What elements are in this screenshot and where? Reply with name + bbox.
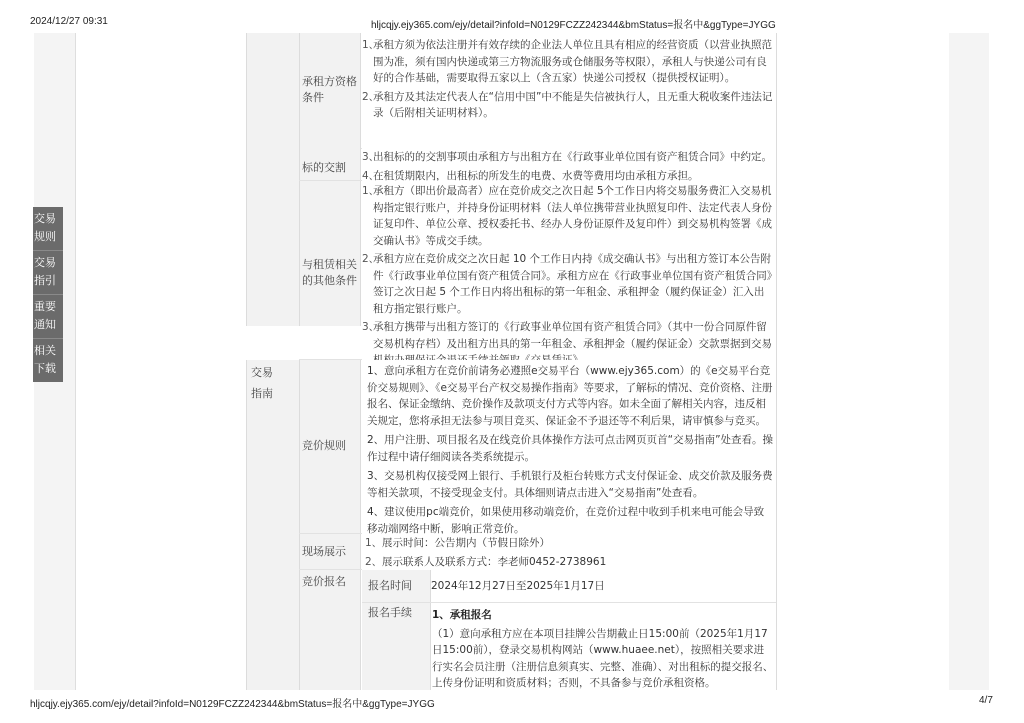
print-datetime: 2024/12/27 09:31 xyxy=(30,16,108,27)
table-row-bidding-rules: 竞价规则 1、意向承租方在竞价前请务必遵照e交易平台（www.ejy365.co… xyxy=(299,360,777,534)
section-label-trading-guide: 交易指南 xyxy=(251,362,281,404)
list-item: 1、承租方须为依法注册并有效存续的企业法人单位且具有相应的经营资质（以营业执照范… xyxy=(362,37,774,87)
sidebar-item-trading-guidance[interactable]: 交易指引 xyxy=(33,251,63,295)
row-label: 竞价报名 xyxy=(302,574,358,590)
paragraph: 1、意向承租方在竞价前请务必遵照e交易平台（www.ejy365.com）的《e… xyxy=(367,363,774,429)
page-number: 4/7 xyxy=(979,695,993,706)
list-item: 3、出租标的的交割事项由承租方与出租方在《行政事业单位国有资产租赁合同》中约定。 xyxy=(362,149,774,166)
sidebar-item-trading-rules[interactable]: 交易规则 xyxy=(33,207,63,251)
row-label: 标的交割 xyxy=(302,160,358,176)
procedure-heading: 1、承租报名 xyxy=(432,609,492,621)
sub-row-reg-time: 报名时间 2024年12月27日至2025年1月17日 xyxy=(362,570,776,603)
table-row-qualification: 承租方资格条件 1、承租方须为依法注册并有效存续的企业法人单位且具有相应的经营资… xyxy=(299,33,777,149)
row-label: 承租方资格条件 xyxy=(302,74,358,106)
list-item: 2、展示联系人及联系方式：李老师0452-2738961 xyxy=(365,554,774,571)
sidebar-item-important-notices[interactable]: 重要通知 xyxy=(33,295,63,339)
table-row-delivery: 标的交割 3、出租标的的交割事项由承租方与出租方在《行政事业单位国有资产租赁合同… xyxy=(299,148,777,181)
list-item: 2、承租方及其法定代表人在“信用中国”中不能是失信被执行人，且无重大税收案件违法… xyxy=(362,89,774,122)
table-row-bid-registration: 竞价报名 报名时间 2024年12月27日至2025年1月17日 报名手续 1、… xyxy=(299,570,777,690)
row-label: 与租赁相关的其他条件 xyxy=(302,257,358,289)
print-url: hljcqjy.ejy365.com/ejy/detail?infoId=N01… xyxy=(371,16,776,31)
paragraph: 4、建议使用pc端竞价，如果使用移动端竞价，在竞价过程中收到手机来电可能会导致移… xyxy=(367,504,774,537)
sidebar-item-downloads[interactable]: 相关下载 xyxy=(33,339,63,382)
reg-time-value: 2024年12月27日至2025年1月17日 xyxy=(431,570,776,602)
paragraph: 2、用户注册、项目报名及在线竞价具体操作方法可点击网页页首“交易指南”处查看。操… xyxy=(367,432,774,465)
detail-table: 承租方资格条件 1、承租方须为依法注册并有效存续的企业法人单位且具有相应的经营资… xyxy=(299,33,777,690)
procedure-text: （1）意向承租方应在本项目挂牌公告期截止日15:00前（2025年1月17日15… xyxy=(432,626,774,691)
right-gutter xyxy=(949,33,989,690)
print-footer: hljcqjy.ejy365.com/ejy/detail?infoId=N01… xyxy=(0,695,1024,709)
print-header: 2024/12/27 09:31 hljcqjy.ejy365.com/ejy/… xyxy=(0,16,1024,30)
sub-row-label: 报名时间 xyxy=(362,570,431,602)
paragraph: 3、交易机构仅接受网上银行、手机银行及柜台转账方式支付保证金、成交价款及服务费等… xyxy=(367,468,774,501)
table-row-other-conditions: 与租赁相关的其他条件 1、承租方（即出价最高者）应在竞价成交之次日起 5个工作日… xyxy=(299,181,777,360)
sub-row-label: 报名手续 xyxy=(362,603,431,690)
print-footer-url: hljcqjy.ejy365.com/ejy/detail?infoId=N01… xyxy=(30,695,435,710)
sub-row-reg-procedure: 报名手续 1、承租报名 （1）意向承租方应在本项目挂牌公告期截止日15:00前（… xyxy=(362,603,776,690)
page-content: 交易指南 承租方资格条件 1、承租方须为依法注册并有效存续的企业法人单位且具有相… xyxy=(0,33,1024,690)
table-row-onsite-display: 现场展示 1、展示时间：公告期内（节假日除外） 2、展示联系人及联系方式：李老师… xyxy=(299,534,777,570)
list-item: 1、展示时间：公告期内（节假日除外） xyxy=(365,535,774,552)
list-item: 2、承租方应在竞价成交之次日起 10 个工作日内持《成交确认书》与出租方签订本公… xyxy=(362,251,774,317)
floating-sidebar: 交易规则 交易指引 重要通知 相关下载 xyxy=(33,207,63,382)
row-label: 竞价规则 xyxy=(302,438,358,454)
row-label: 现场展示 xyxy=(302,544,358,560)
list-item: 1、承租方（即出价最高者）应在竞价成交之次日起 5个工作日内将交易服务费汇入交易… xyxy=(362,183,774,249)
